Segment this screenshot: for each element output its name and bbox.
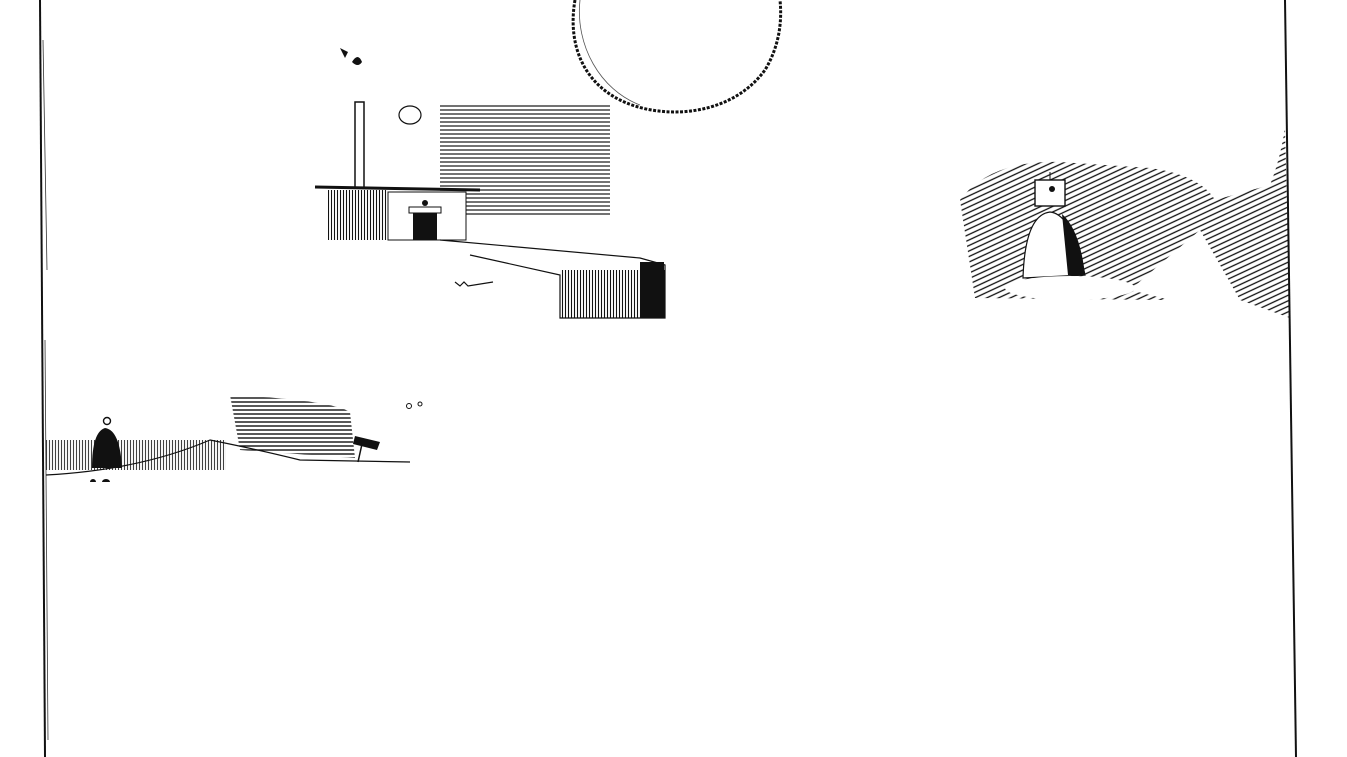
hill-with-figure — [46, 395, 422, 482]
sun-icon — [573, 0, 781, 112]
panel-border — [40, 0, 1296, 757]
cave-with-robot — [960, 128, 1290, 318]
illustration-canvas — [0, 0, 1347, 757]
